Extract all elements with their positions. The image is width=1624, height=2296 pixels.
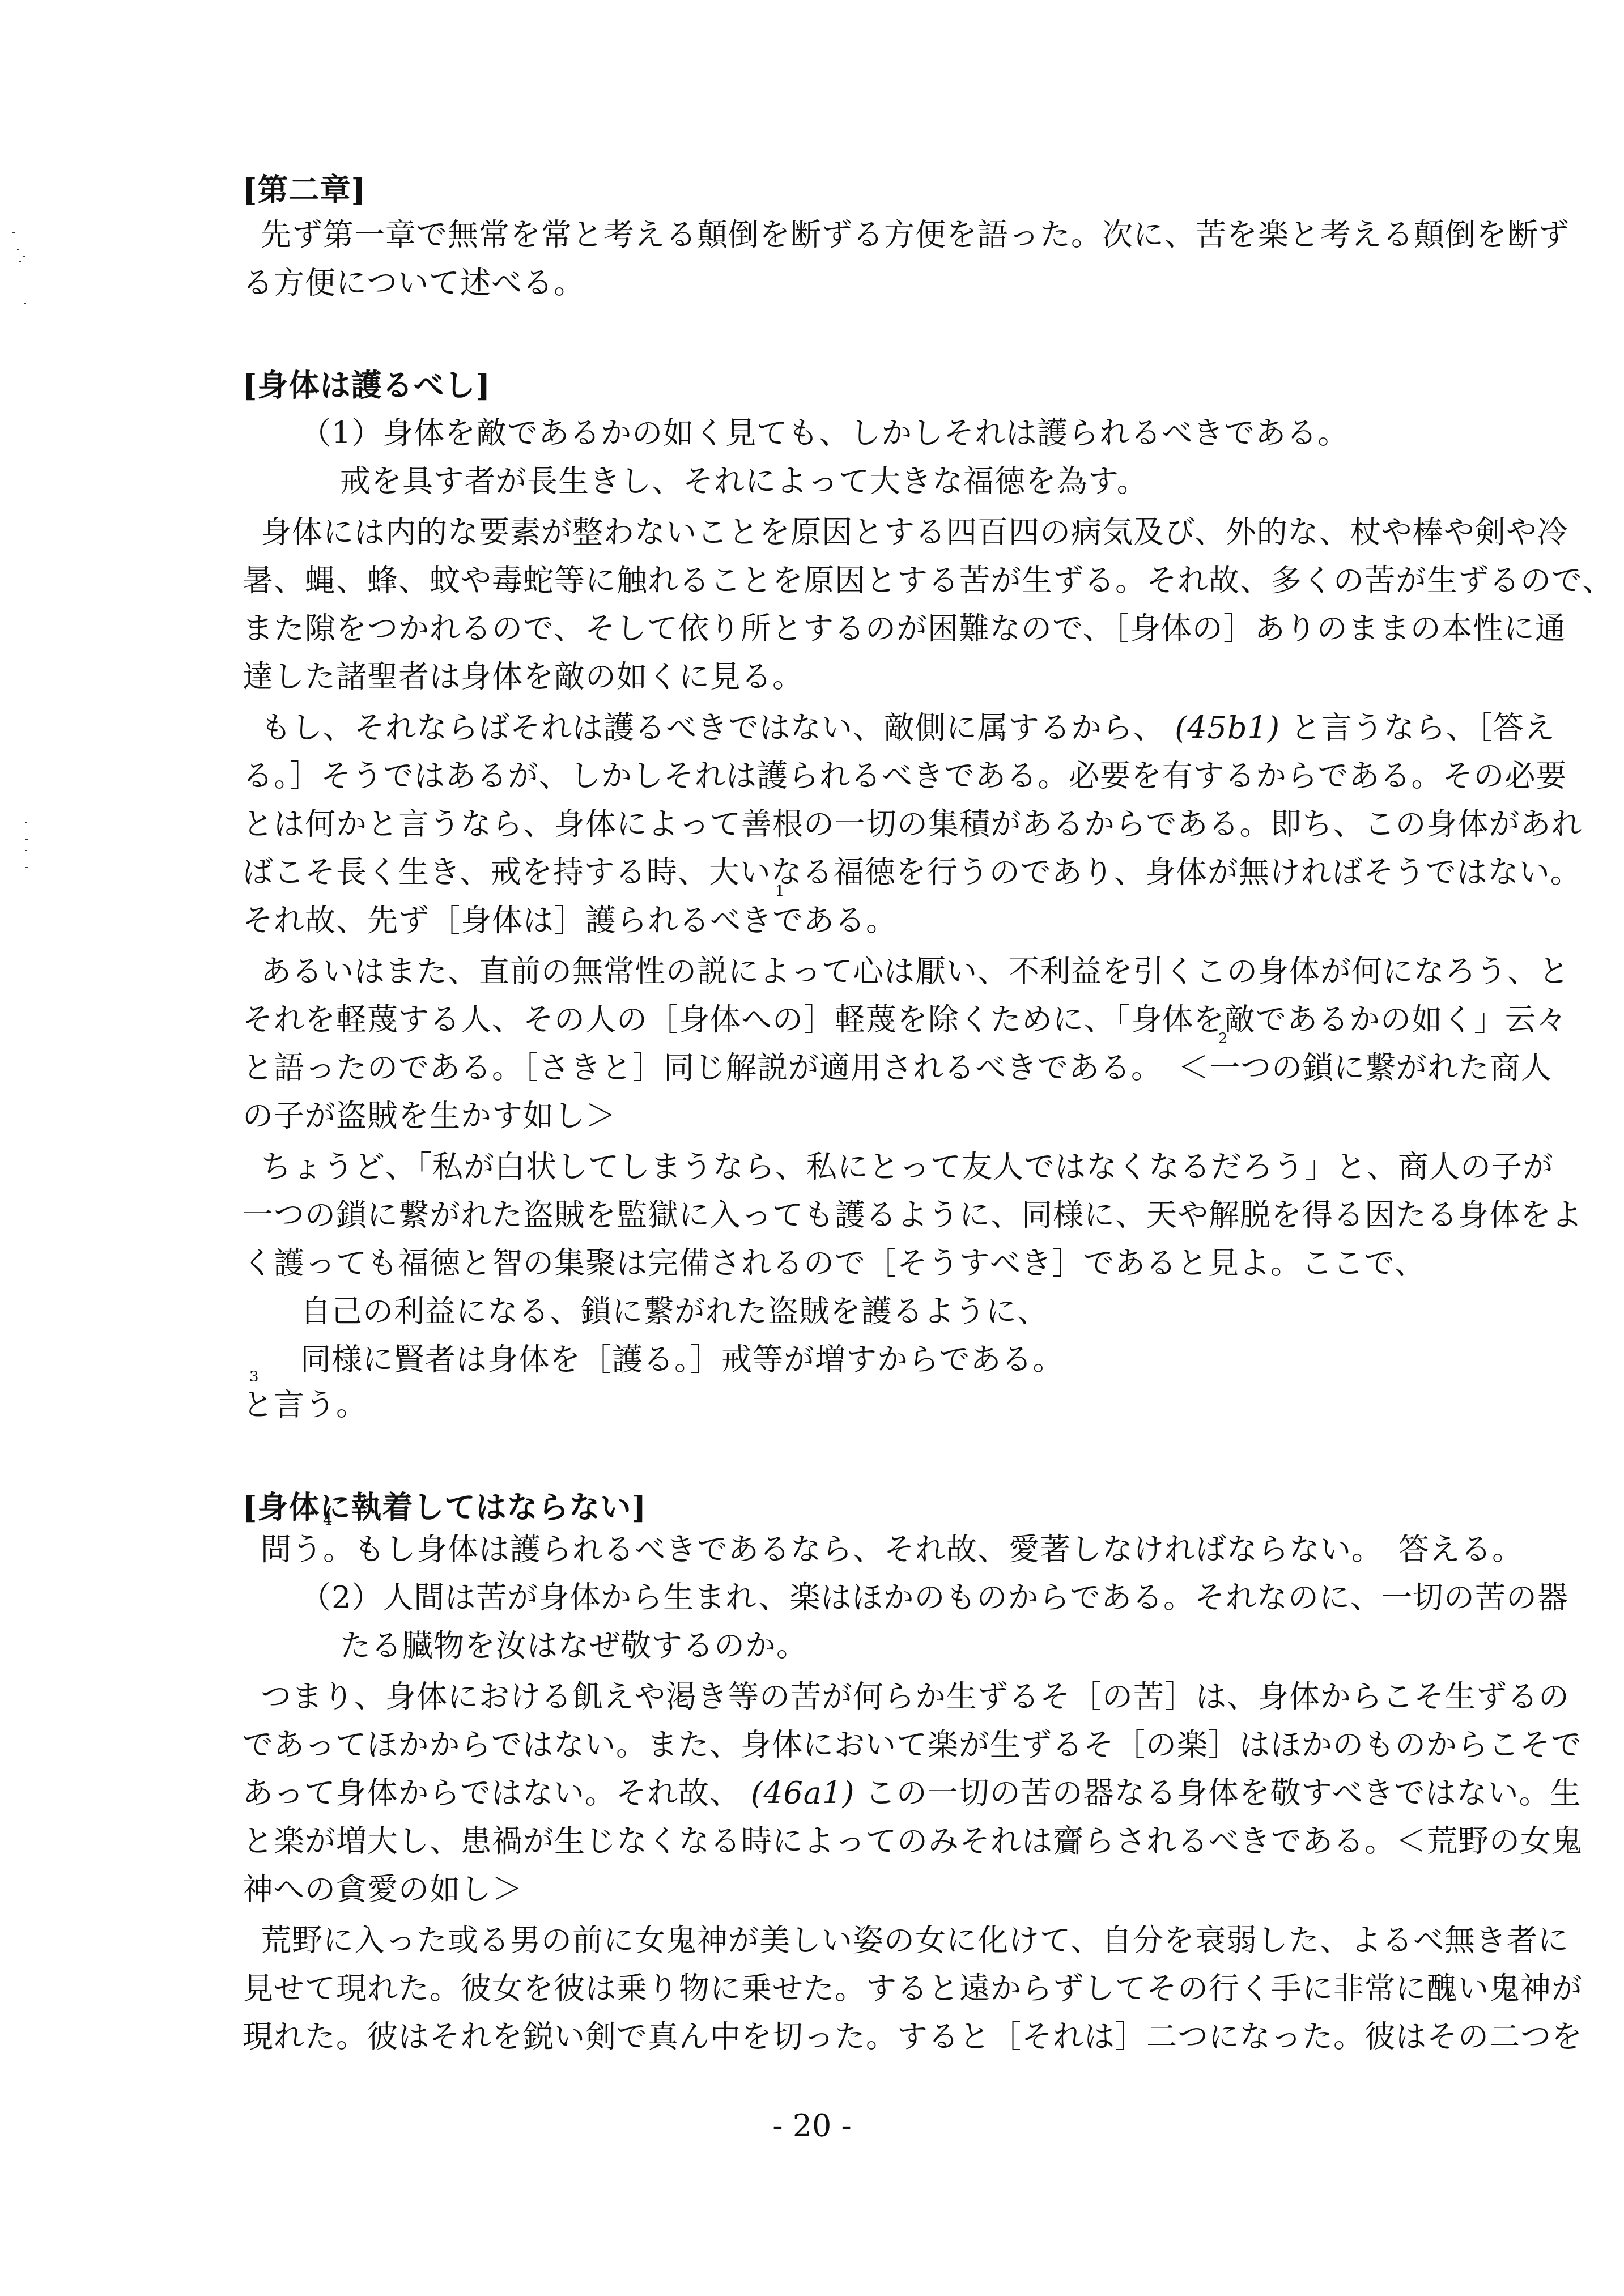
text-segment: と言うなら、［答え <box>1290 710 1555 746</box>
paragraph-line: それ故、先ず［身体は］護られるべきである。 <box>243 901 897 941</box>
paragraph-line: 達した諸聖者は身体を敵の如くに見る。 <box>243 657 804 697</box>
section-heading-no-attachment: [身体に執着してはならない] <box>243 1487 647 1527</box>
paragraph-line: 暑、蝿、蜂、蚊や毒蛇等に触れることを原因とする苦が生ずる。それ故、多くの苦が生ず… <box>243 561 1613 601</box>
paragraph-line: 神への貪愛の如し＞ <box>243 1870 523 1910</box>
verse-2-line-1: （2）人間は苦が身体から生まれ、楽はほかのものからである。それなのに、一切の苦の… <box>300 1578 1568 1618</box>
scan-speck <box>23 256 25 257</box>
paragraph-line: また隙をつかれるので、そして依り所とするのが困難なので、［身体の］ありのままの本… <box>243 609 1566 649</box>
scan-speck <box>25 839 28 840</box>
footnote-marker: 3 <box>249 1368 259 1385</box>
paragraph-line: 現れた。彼はそれを鋭い剣で真ん中を切った。すると［それは］二つになった。彼はその… <box>243 2017 1583 2057</box>
paragraph-line: と楽が増大し、患禍が生じなくなる時によってのみそれは齎らされるべきである。＜荒野… <box>243 1822 1583 1861</box>
footnote-marker: 4 <box>323 1512 333 1529</box>
scan-speck <box>25 850 27 851</box>
intro-line-2: る方便について述べる。 <box>243 263 585 303</box>
scan-speck <box>12 232 15 233</box>
scan-speck <box>25 867 28 868</box>
footnote-marker: 1 <box>775 883 785 900</box>
paragraph-line: 一つの鎖に繋がれた盗賊を監獄に入っても護るように、同様に、天や解脱を得る因たる身… <box>243 1196 1583 1235</box>
section-heading-protect-body: [身体は護るべし] <box>243 365 491 405</box>
paragraph-line: もし、それならばそれは護るべきではない、敵側に属するから、 (45b1) と言う… <box>261 708 1555 748</box>
footnote-marker: 2 <box>1218 1030 1228 1047</box>
paragraph-line: あるいはまた、直前の無常性の説によって心は厭い、不利益を引くこの身体が何になろう… <box>261 952 1570 992</box>
chapter-heading: [第二章] <box>243 170 366 210</box>
paragraph-line: と語ったのである。［さきと］同じ解説が適用されるべきである。 ＜一つの鎖に繋がれ… <box>243 1048 1552 1088</box>
verse-line: 同様に賢者は身体を［護る。］戒等が増すからである。 <box>300 1340 1064 1380</box>
paragraph-line: あって身体からではない。それ故、 (46a1) この一切の苦の器なる身体を敬すべ… <box>243 1774 1582 1813</box>
paragraph-line: とは何かと言うなら、身体によって善根の一切の集積があるからである。即ち、この身体… <box>243 805 1582 844</box>
question-line: 問う。もし身体は護られるべきであるなら、それ故、愛著しなければならない。 答える… <box>261 1530 1523 1570</box>
verse-1-line-2: 戒を具す者が長生きし、それによって大きな福徳を為す。 <box>340 462 1148 501</box>
intro-line-1: 先ず第一章で無常を常と考える顛倒を断ずる方便を語った。次に、苦を楽と考える顛倒を… <box>261 215 1570 255</box>
scan-speck <box>19 261 21 262</box>
paragraph-line: 身体には内的な要素が整わないことを原因とする四百四の病気及び、外的な、杖や棒や剣… <box>261 513 1568 552</box>
text-segment: この一切の苦の器なる身体を敬すべきではない。生 <box>865 1775 1582 1811</box>
scan-speck <box>24 303 26 304</box>
verse-2-line-2: たる臓物を汝はなぜ敬するのか。 <box>340 1626 807 1666</box>
paragraph-line: 見せて現れた。彼女を彼は乗り物に乗せた。すると遠からずしてその行く手に非常に醜い… <box>243 1969 1583 2009</box>
scan-speck <box>25 822 27 823</box>
paragraph-line: つまり、身体における飢えや渇き等の苦が何らか生ずるそ［の苦］は、身体からこそ生ず… <box>261 1677 1570 1717</box>
paragraph-line: の子が盗賊を生かす如し＞ <box>243 1096 617 1136</box>
page-reference: (46a1) <box>751 1775 854 1811</box>
page-reference: (45b1) <box>1175 710 1280 746</box>
paragraph-line: それを軽蔑する人、その人の［身体への］軽蔑を除くために、「身体を敵であるかの如く… <box>243 1000 1567 1040</box>
paragraph-line: く護っても福徳と智の集聚は完備されるので［そうすべき］であると見よ。ここで、 <box>243 1244 1426 1283</box>
scan-speck <box>17 249 19 250</box>
paragraph-line: 荒野に入った或る男の前に女鬼神が美しい姿の女に化けて、自分を衰弱した、よるべ無き… <box>261 1921 1569 1961</box>
paragraph-line: ばこそ長く生き、戒を持する時、大いなる福徳を行うのであり、身体が無ければそうでは… <box>243 853 1582 892</box>
paragraph-line: ちょうど、「私が白状してしまうなら、私にとって友人ではなくなるだろう」と、商人の… <box>261 1147 1554 1187</box>
verse-1-line-1: （1）身体を敵であるかの如く見ても、しかしそれは護られるべきである。 <box>300 414 1349 453</box>
verse-line: 自己の利益になる、鎖に繋がれた盗賊を護るように、 <box>300 1292 1048 1332</box>
document-page: [第二章] 先ず第一章で無常を常と考える顛倒を断ずる方便を語った。次に、苦を楽と… <box>0 0 1624 2296</box>
paragraph-line: る。］そうではあるが、しかしそれは護られるべきである。必要を有するからである。そ… <box>243 756 1567 796</box>
paragraph-line: であってほかからではない。また、身体において楽が生ずるそ［の楽］はほかのものから… <box>243 1725 1582 1765</box>
closing-line: と言う。 <box>243 1385 367 1425</box>
page-number: - 20 - <box>0 2108 1624 2144</box>
text-segment: あって身体からではない。それ故、 <box>243 1775 741 1811</box>
text-segment: もし、それならばそれは護るべきではない、敵側に属するから、 <box>261 710 1164 746</box>
